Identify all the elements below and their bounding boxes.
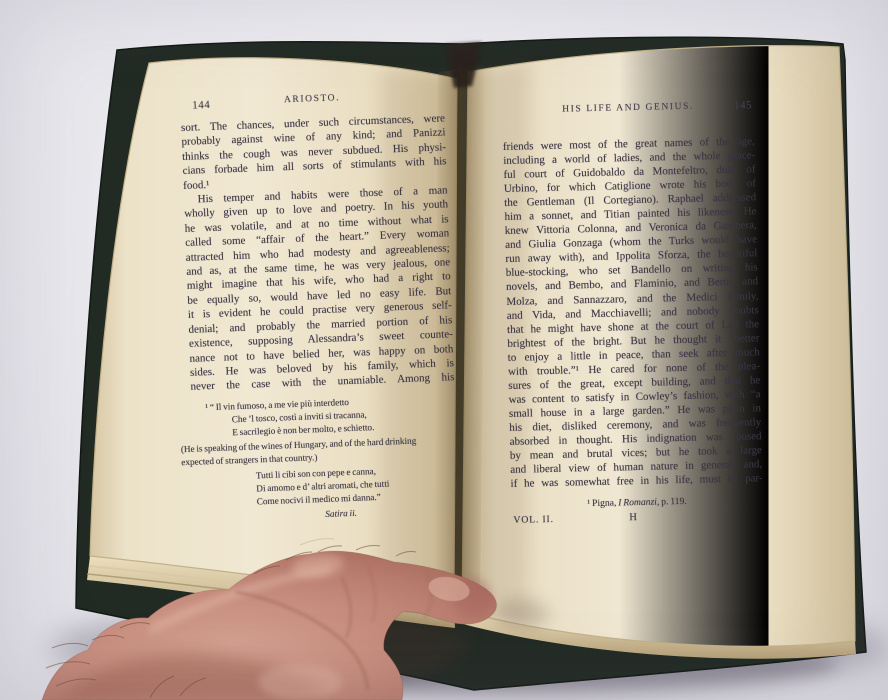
running-header: ARIOSTO.	[180, 89, 444, 109]
page-number: 145	[734, 99, 752, 111]
gutter-crease-line	[458, 62, 459, 606]
page-stack-edge	[87, 556, 455, 628]
footnote-line: Satira ii.	[325, 503, 459, 521]
page-number: 144	[192, 99, 210, 112]
footnote-title-italic: I Romanzi	[618, 497, 657, 509]
book-shadow	[50, 598, 888, 698]
right-page-header: HIS LIFE AND GENIUS. 145	[502, 100, 754, 124]
book-photograph: 144 ARIOSTO. sort. The chances, under su…	[0, 0, 888, 700]
volume-label: VOL. II.	[513, 514, 554, 526]
left-page-body: sort. The chances, under such circumstan…	[181, 111, 455, 394]
page-stack-line	[87, 574, 454, 617]
thumb-tip-shadow	[494, 599, 550, 629]
right-page-body: friends were most of the great names of …	[503, 134, 763, 491]
page-stack-edge-right	[462, 611, 856, 659]
signature-mark: H	[629, 512, 638, 523]
footnote-page-ref: , p. 119.	[657, 496, 687, 508]
right-page: HIS LIFE AND GENIUS. 145 friends were mo…	[502, 100, 764, 529]
hand-details	[60, 550, 492, 700]
left-page: 144 ARIOSTO. sort. The chances, under su…	[180, 89, 459, 525]
thumb-nail	[426, 574, 472, 605]
hand-hairs	[46, 539, 416, 698]
hand-shadow	[140, 612, 468, 696]
running-header: HIS LIFE AND GENIUS.	[502, 100, 754, 116]
footnote-text: ¹ Pigna,	[587, 498, 618, 510]
left-page-footnote: ¹ “ Il vin fumoso, a me vie più interdet…	[191, 392, 459, 526]
hand-thumb	[42, 551, 496, 700]
page-footer: VOL. II. H	[511, 509, 763, 529]
spine-hollow	[446, 42, 482, 88]
page-stack-line	[89, 566, 454, 608]
